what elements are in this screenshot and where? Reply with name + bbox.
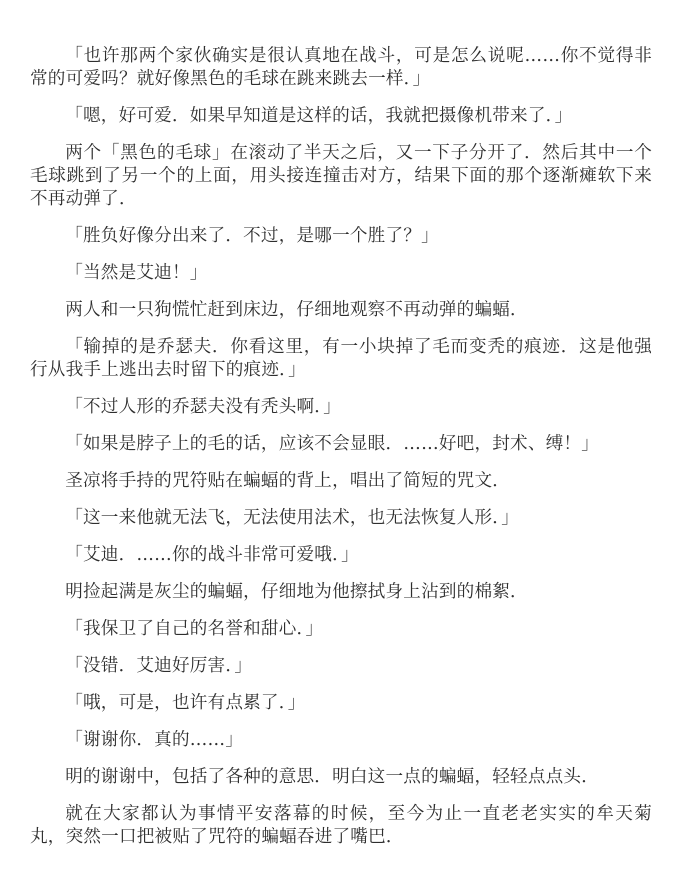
paragraph-dialogue-2: 「嗯，好可爱．如果早知道是这样的话，我就把摄像机带来了．」: [30, 105, 652, 128]
text-page: 「也许那两个家伙确实是很认真地在战斗，可是怎么说呢……你不觉得非常的可爱吗？就好…: [0, 0, 680, 880]
paragraph-dialogue-11: 「这一来他就无法飞，无法使用法术，也无法恢复人形．」: [30, 507, 652, 530]
paragraph-narration-18: 明的谢谢中，包括了各种的意思．明白这一点的蝙蝠，轻轻点点头．: [30, 766, 652, 789]
paragraph-dialogue-16: 「哦，可是，也许有点累了．」: [30, 692, 652, 715]
paragraph-dialogue-7: 「输掉的是乔瑟夫．你看这里，有一小块掉了毛而变秃的痕迹．这是他强行从我手上逃出去…: [30, 336, 652, 382]
paragraph-narration-6: 两人和一只狗慌忙赶到床边，仔细地观察不再动弹的蝙蝠．: [30, 299, 652, 322]
paragraph-narration-10: 圣凉将手持的咒符贴在蝙蝠的背上，唱出了简短的咒文．: [30, 470, 652, 493]
paragraph-dialogue-4: 「胜负好像分出来了．不过，是哪一个胜了？」: [30, 225, 652, 248]
paragraph-narration-13: 明捡起满是灰尘的蝙蝠，仔细地为他擦拭身上沾到的棉絮．: [30, 581, 652, 604]
paragraph-dialogue-12: 「艾迪．……你的战斗非常可爱哦．」: [30, 544, 652, 567]
paragraph-dialogue-1: 「也许那两个家伙确实是很认真地在战斗，可是怎么说呢……你不觉得非常的可爱吗？就好…: [30, 45, 652, 91]
novel-reader-page: 「也许那两个家伙确实是很认真地在战斗，可是怎么说呢……你不觉得非常的可爱吗？就好…: [0, 0, 680, 880]
paragraph-narration-19: 就在大家都认为事情平安落幕的时候，至今为止一直老老实实的牟天菊丸，突然一口把被贴…: [30, 803, 652, 849]
paragraph-dialogue-15: 「没错．艾迪好厉害．」: [30, 655, 652, 678]
paragraph-dialogue-8: 「不过人形的乔瑟夫没有秃头啊．」: [30, 396, 652, 419]
paragraph-dialogue-17: 「谢谢你．真的……」: [30, 729, 652, 752]
paragraph-dialogue-9: 「如果是脖子上的毛的话，应该不会显眼．……好吧，封术、缚！」: [30, 433, 652, 456]
paragraph-dialogue-14: 「我保卫了自己的名誉和甜心．」: [30, 618, 652, 641]
paragraph-dialogue-5: 「当然是艾迪！」: [30, 262, 652, 285]
paragraph-narration-3: 两个「黑色的毛球」在滚动了半天之后，又一下子分开了．然后其中一个毛球跳到了另一个…: [30, 142, 652, 211]
